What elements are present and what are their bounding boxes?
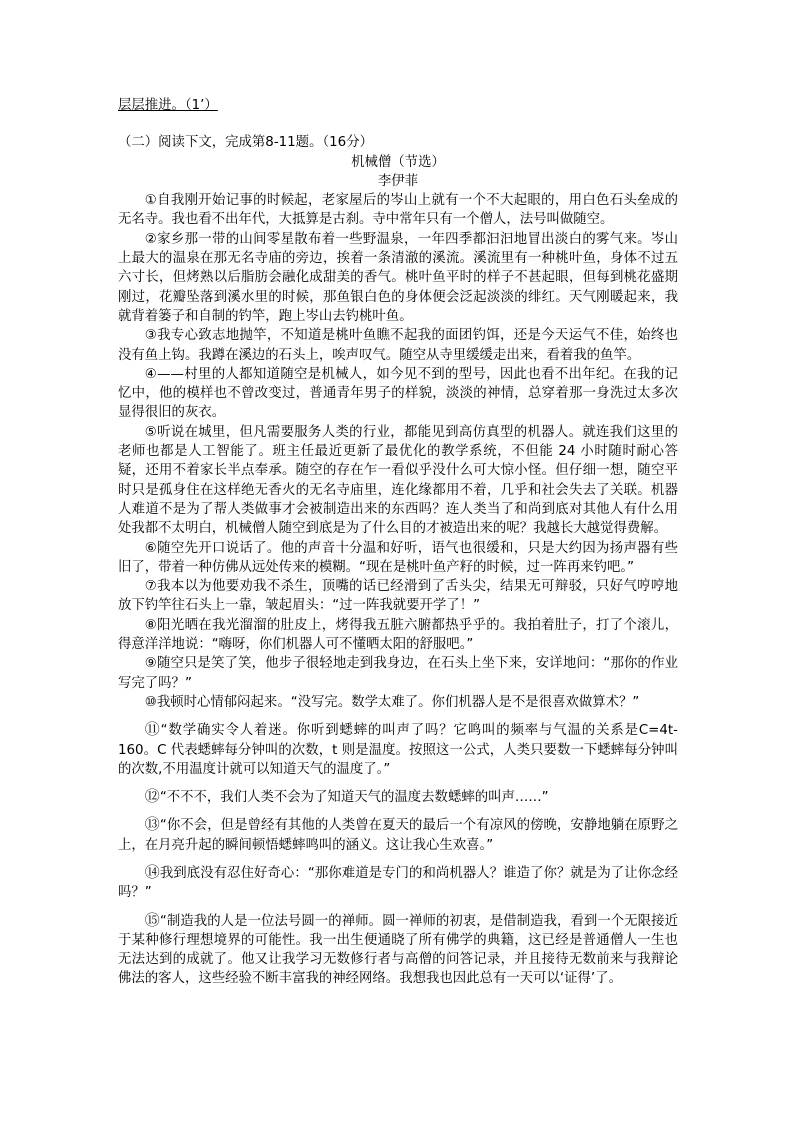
paragraph-number: ⑬: [145, 815, 160, 833]
document-page: 层层推进。（1’） （二）阅读下文，完成第8-11题。（16分） 机械僧（节选）…: [118, 96, 678, 989]
paragraph-number: ③: [145, 328, 157, 343]
paragraph-number: ⑮: [145, 911, 160, 929]
paragraph-text: 听说在城里，但凡需要服务人类的行业，都能见到高仿真型的机器人。就连我们这里的老师…: [118, 425, 678, 536]
paragraph-number: ⑫: [145, 787, 160, 805]
paragraph-4: ④——村里的人都知道随空是机械人，如今见不到的型号，因此也看不出年纪。在我的记忆…: [118, 365, 678, 423]
paragraph-number: ⑨: [145, 656, 157, 671]
paragraph-text: 随空先开口说话了。他的声音十分温和好听，语气也很缓和，只是大约因为扬声器有些旧了…: [118, 541, 678, 575]
paragraph-text: 我顿时心情郁闷起来。“没写完。数学太难了。你们机器人是不是很喜欢做算术？”: [157, 695, 640, 710]
paragraph-text: “不不不，我们人类不会为了知道天气的温度去数蟋蟀的叫声……”: [160, 790, 549, 805]
paragraph-text: 家乡那一带的山间零星散布着一些野温泉，一年四季都汩汩地冒出淡白的雾气来。岑山上最…: [118, 232, 678, 324]
paragraph-6: ⑥随空先开口说话了。他的声音十分温和好听，语气也很缓和，只是大约因为扬声器有些旧…: [118, 539, 678, 578]
article-author: 李伊菲: [118, 172, 678, 191]
paragraph-number: ①: [145, 193, 157, 208]
paragraph-text: 我本以为他要劝我不杀生，顶嘴的话已经滑到了舌头尖，结果无可辩驳，只好气哼哼地放下…: [118, 579, 678, 613]
paragraph-15: ⑮“制造我的人是一位法号圆一的禅师。圆一禅师的初衷，是借制造我，看到一个无限接近…: [118, 911, 678, 989]
paragraph-text: 我到底没有忍住好奇心：“那你难道是专门的和尚机器人？谁造了你？就是为了让你念经吗…: [118, 866, 678, 900]
section-heading: （二）阅读下文，完成第8-11题。（16分）: [118, 133, 678, 152]
paragraph-10: ⑩我顿时心情郁闷起来。“没写完。数学太难了。你们机器人是不是很喜欢做算术？”: [118, 693, 678, 712]
paragraph-number: ⑭: [145, 863, 160, 881]
paragraph-number: ⑦: [145, 579, 157, 594]
paragraph-number: ⑧: [145, 618, 157, 633]
paragraph-text: “制造我的人是一位法号圆一的禅师。圆一禅师的初衷，是借制造我，看到一个无限接近于…: [118, 914, 678, 987]
paragraph-text: “数学确实令人着迷。你听到蟋蟀的叫声了吗？它鸣叫的频率与气温的关系是C=4t-1…: [118, 723, 678, 777]
paragraph-11: ⑪“数学确实令人着迷。你听到蟋蟀的叫声了吗？它鸣叫的频率与气温的关系是C=4t-…: [118, 720, 678, 779]
paragraph-text: 我专心致志地抛竿，不知道是桃叶鱼瞧不起我的面团钓饵，还是今天运气不佳，始终也没有…: [118, 328, 678, 362]
paragraph-text: 自我刚开始记事的时候起，老家屋后的岑山上就有一个不大起眼的，用白色石头垒成的无名…: [118, 193, 678, 227]
paragraph-13: ⑬“你不会，但是曾经有其他的人类曾在夏天的最后一个有凉风的傍晚，安静地躺在原野之…: [118, 815, 678, 855]
previous-answer: 层层推进。（1’）: [118, 96, 218, 115]
paragraph-9: ⑨随空只是笑了笑，他步子很轻地走到我身边，在石头上坐下来，安详地问：“那你的作业…: [118, 654, 678, 693]
paragraph-3: ③我专心致志地抛竿，不知道是桃叶鱼瞧不起我的面团钓饵，还是今天运气不佳，始终也没…: [118, 326, 678, 365]
article-title: 机械僧（节选）: [118, 153, 678, 172]
paragraph-7: ⑦我本以为他要劝我不杀生，顶嘴的话已经滑到了舌头尖，结果无可辩驳，只好气哼哼地放…: [118, 577, 678, 616]
paragraph-text: 阳光晒在我光溜溜的肚皮上，烤得我五脏六腑都热乎乎的。我拍着肚子，打了个滚儿，得意…: [118, 618, 678, 652]
paragraph-8: ⑧阳光晒在我光溜溜的肚皮上，烤得我五脏六腑都热乎乎的。我拍着肚子，打了个滚儿，得…: [118, 616, 678, 655]
paragraph-number: ④: [145, 367, 157, 382]
paragraph-number: ②: [145, 232, 157, 247]
paragraph-number: ⑤: [145, 425, 157, 440]
paragraph-number: ⑩: [145, 695, 157, 710]
paragraph-text: 随空只是笑了笑，他步子很轻地走到我身边，在石头上坐下来，安详地问：“那你的作业写…: [118, 656, 678, 690]
paragraph-12: ⑫“不不不，我们人类不会为了知道天气的温度去数蟋蟀的叫声……”: [118, 787, 678, 807]
paragraph-number: ⑪: [145, 720, 161, 738]
paragraph-number: ⑥: [145, 541, 157, 556]
paragraph-5: ⑤听说在城里，但凡需要服务人类的行业，都能见到高仿真型的机器人。就连我们这里的老…: [118, 423, 678, 539]
paragraph-text: “你不会，但是曾经有其他的人类曾在夏天的最后一个有凉风的傍晚，安静地躺在原野之上…: [118, 818, 678, 852]
paragraph-1: ①自我刚开始记事的时候起，老家屋后的岑山上就有一个不大起眼的，用白色石头垒成的无…: [118, 191, 678, 230]
paragraph-text: ——村里的人都知道随空是机械人，如今见不到的型号，因此也看不出年纪。在我的记忆中…: [118, 367, 678, 421]
paragraph-14: ⑭我到底没有忍住好奇心：“那你难道是专门的和尚机器人？谁造了你？就是为了让你念经…: [118, 863, 678, 903]
paragraph-2: ②家乡那一带的山间零星散布着一些野温泉，一年四季都汩汩地冒出淡白的雾气来。岑山上…: [118, 230, 678, 326]
